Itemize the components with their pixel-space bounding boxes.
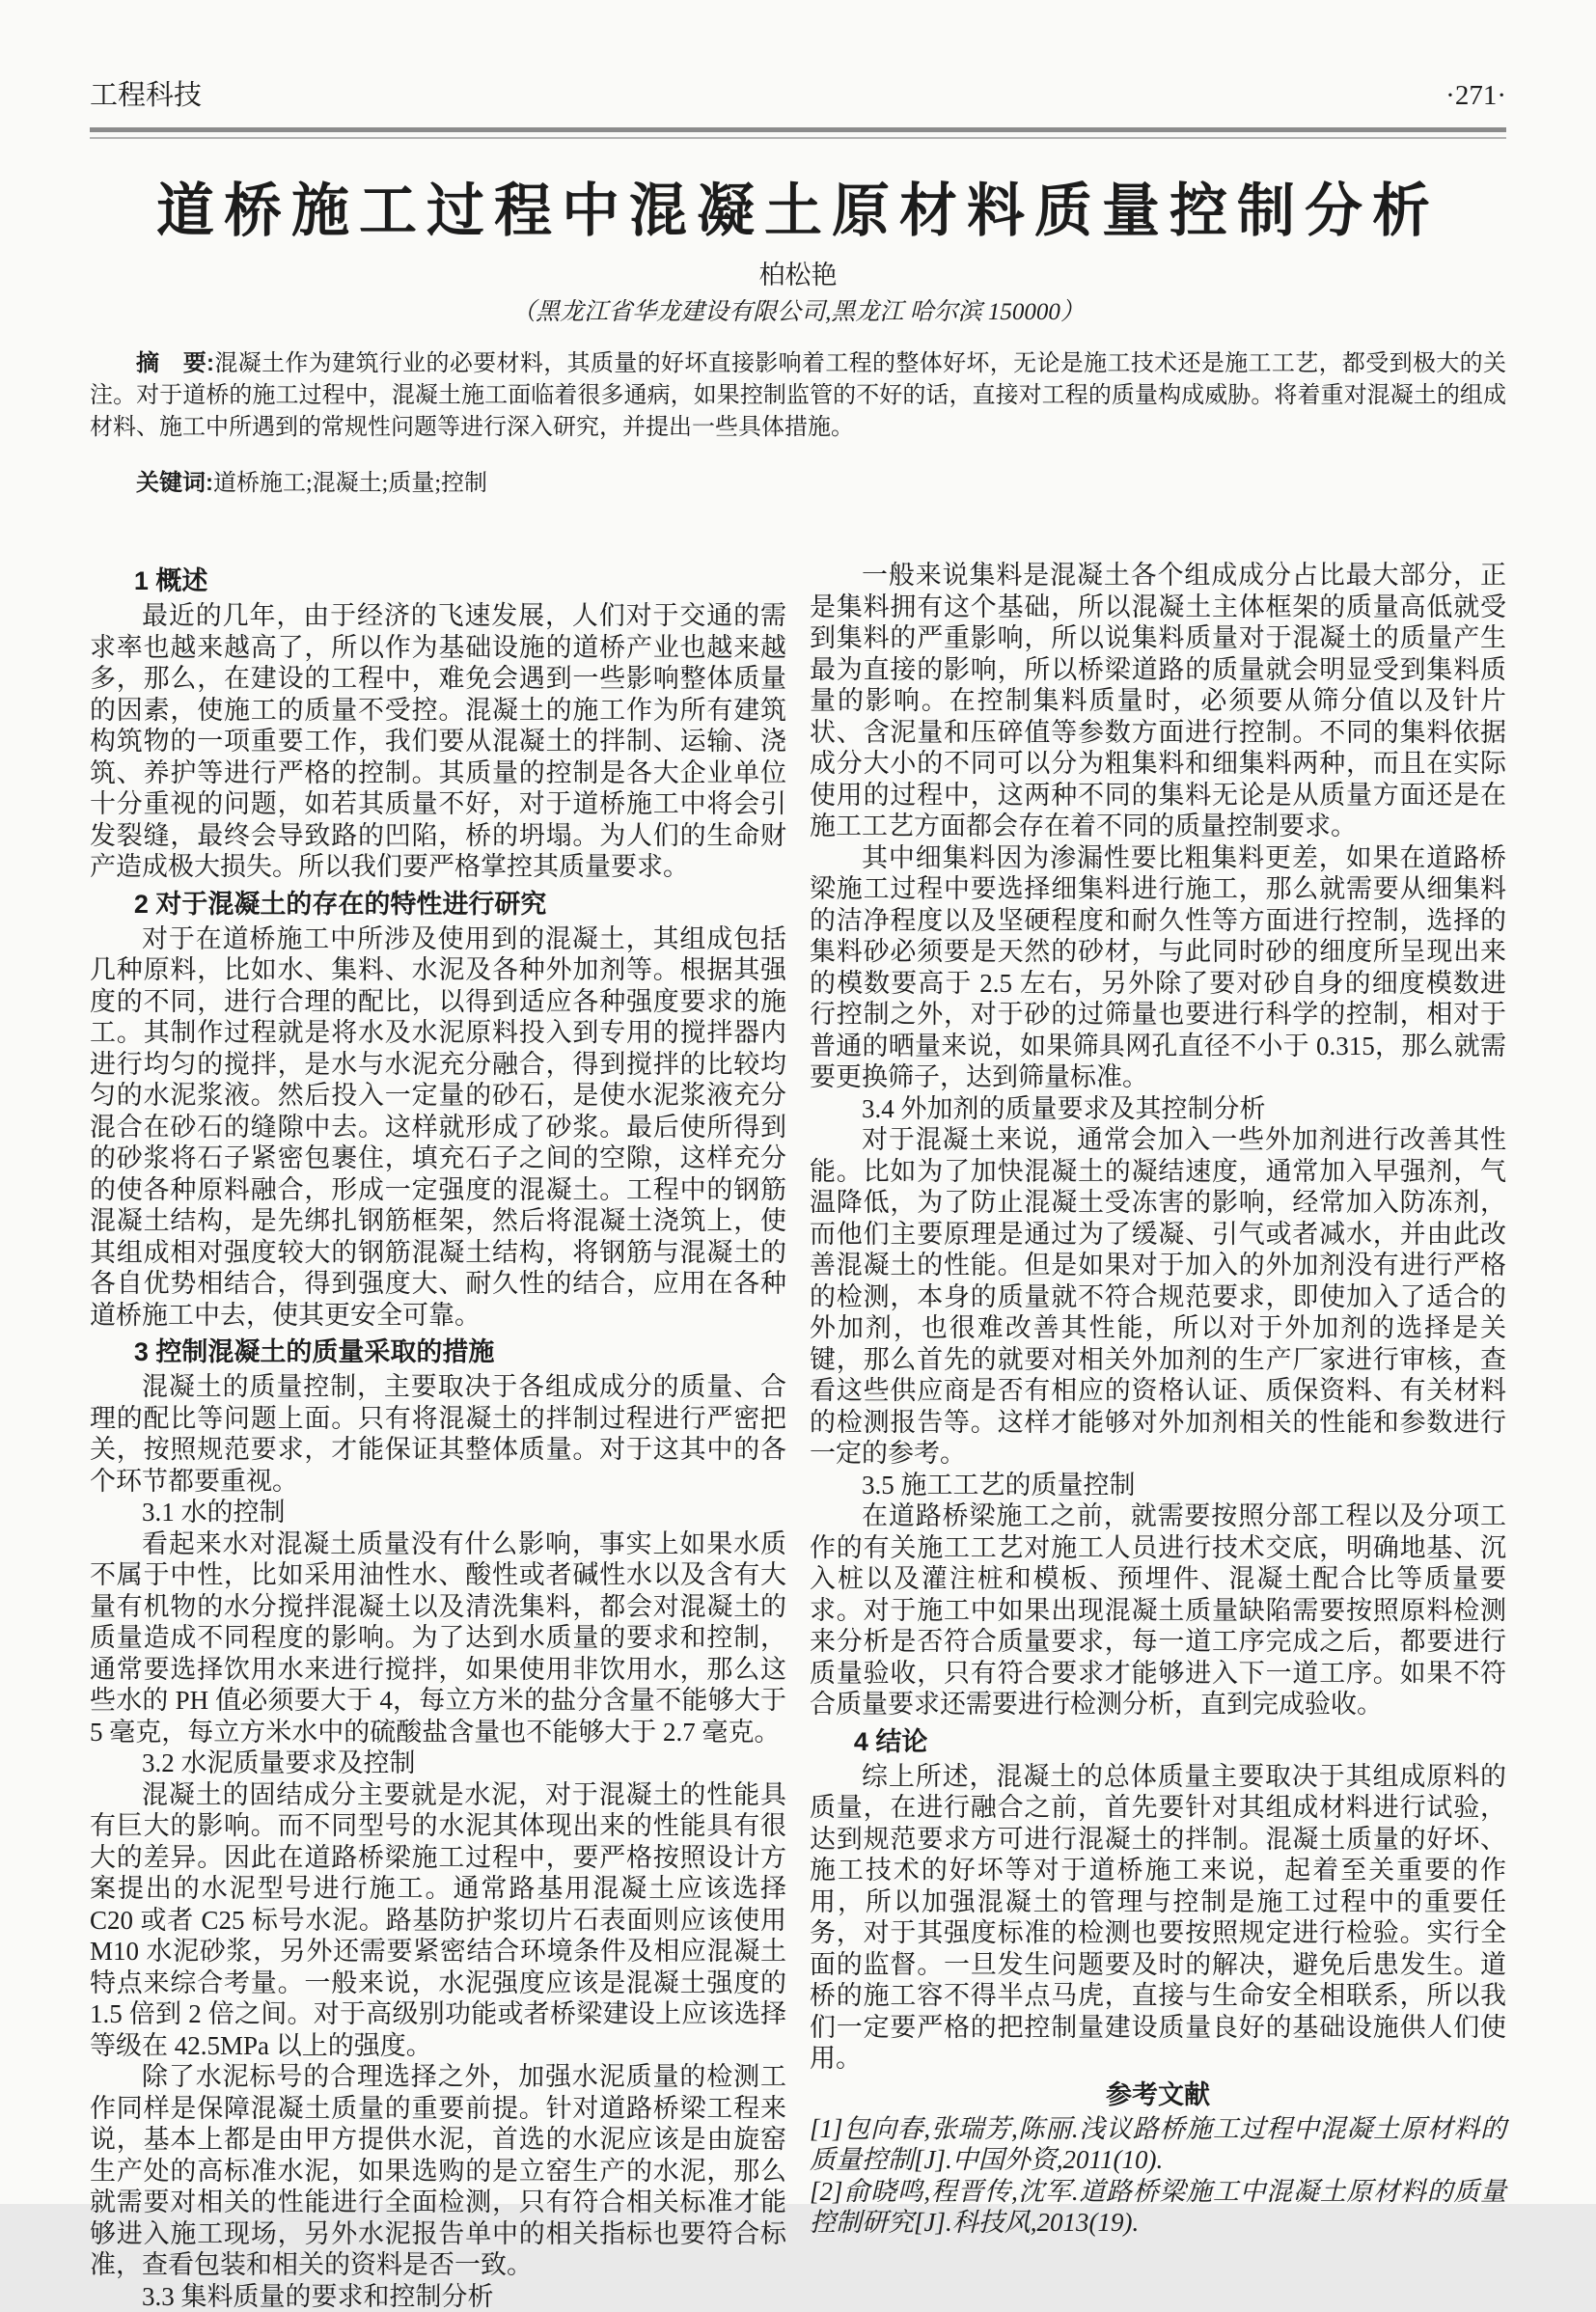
article-title: 道桥施工过程中混凝土原材料质量控制分析 [90,178,1506,245]
body-paragraph: 对于在道桥施工中所涉及使用到的混凝土，其组成包括几种原料，比如水、集料、水泥及各… [90,923,786,1332]
body-paragraph: 看起来水对混凝土质量没有什么影响，事实上如果水质不属于中性，比如采用油性水、酸性… [90,1528,786,1748]
journal-section-label: 工程科技 [90,79,202,112]
abstract-text: 混凝土作为建筑行业的必要材料，其质量的好坏直接影响着工程的整体好坏，无论是施工技… [90,351,1506,440]
body-paragraph: 最近的几年，由于经济的飞速发展，人们对于交通的需求率也越来越高了，所以作为基础设… [90,600,786,883]
header-rule-thin [90,137,1506,139]
body-paragraph: 综上所述，混凝土的总体质量主要取决于其组成原料的质量，在进行融合之前，首先要针对… [810,1761,1506,2075]
right-column: 一般来说集料是混凝土各个组成成分占比最大部分，正是集料拥有这个基础，所以混凝土主… [810,560,1506,2312]
article-body: 1 概述最近的几年，由于经济的飞速发展，人们对于交通的需求率也越来越高了，所以作… [90,560,1506,2312]
abstract: 摘 要:混凝土作为建筑行业的必要材料，其质量的好坏直接影响着工程的整体好坏，无论… [90,347,1506,444]
body-paragraph: 除了水泥标号的合理选择之外，加强水泥质量的检测工作同样是保障混凝土质量的重要前提… [90,2061,786,2281]
keywords-text: 道桥施工;混凝土;质量;控制 [213,471,487,496]
left-column: 1 概述最近的几年，由于经济的飞速发展，人们对于交通的需求率也越来越高了，所以作… [90,560,786,2312]
reference-item: [2]俞晓鸣,程晋传,沈军.道路桥梁施工中混凝土原材料的质量控制研究[J].科技… [810,2176,1506,2239]
keywords-line: 关键词:道桥施工;混凝土;质量;控制 [90,467,1506,500]
author-affiliation: （黑龙江省华龙建设有限公司,黑龙江 哈尔滨 150000） [90,299,1506,326]
references-heading: 参考文献 [810,2078,1506,2111]
body-paragraph: 在道路桥梁施工之前，就需要按照分部工程以及分项工作的有关施工工艺对施工人员进行技… [810,1500,1506,1720]
section-heading: 3 控制混凝土的质量采取的措施 [90,1335,786,1368]
subsection-heading: 3.5 施工工艺的质量控制 [810,1470,1506,1501]
keywords-label: 关键词: [136,470,213,496]
subsection-heading: 3.2 水泥质量要求及控制 [90,1748,786,1779]
reference-item: [1]包向春,张瑞芳,陈丽.浅议路桥施工过程中混凝土原材料的质量控制[J].中国… [810,2113,1506,2176]
section-heading: 2 对于混凝土的存在的特性进行研究 [90,888,786,921]
body-paragraph: 对于混凝土来说，通常会加入一些外加剂进行改善其性能。比如为了加快混凝土的凝结速度… [810,1124,1506,1470]
body-paragraph: 混凝土的固结成分主要就是水泥，对于混凝土的性能具有巨大的影响。而不同型号的水泥其… [90,1779,786,2062]
journal-page: 工程科技 ·271· 道桥施工过程中混凝土原材料质量控制分析 柏松艳 （黑龙江省… [0,0,1596,2204]
subsection-heading: 3.4 外加剂的质量要求及其控制分析 [810,1093,1506,1125]
section-heading: 1 概述 [90,564,786,597]
subsection-heading: 3.1 水的控制 [90,1497,786,1528]
page-number: ·271· [1445,79,1506,112]
abstract-label: 摘 要: [136,350,214,376]
author-name: 柏松艳 [90,261,1506,289]
header-rule-thick [90,127,1506,132]
body-paragraph: 混凝土的质量控制，主要取决于各组成成分的质量、合理的配比等问题上面。只有将混凝土… [90,1371,786,1497]
section-heading: 4 结论 [810,1725,1506,1758]
page-header: 工程科技 ·271· [90,79,1506,112]
body-paragraph: 其中细集料因为渗漏性要比粗集料更差，如果在道路桥梁施工过程中要选择细集料进行施工… [810,842,1506,1093]
subsection-heading: 3.3 集料质量的要求和控制分析 [90,2281,786,2312]
body-paragraph: 一般来说集料是混凝土各个组成成分占比最大部分，正是集料拥有这个基础，所以混凝土主… [810,560,1506,842]
